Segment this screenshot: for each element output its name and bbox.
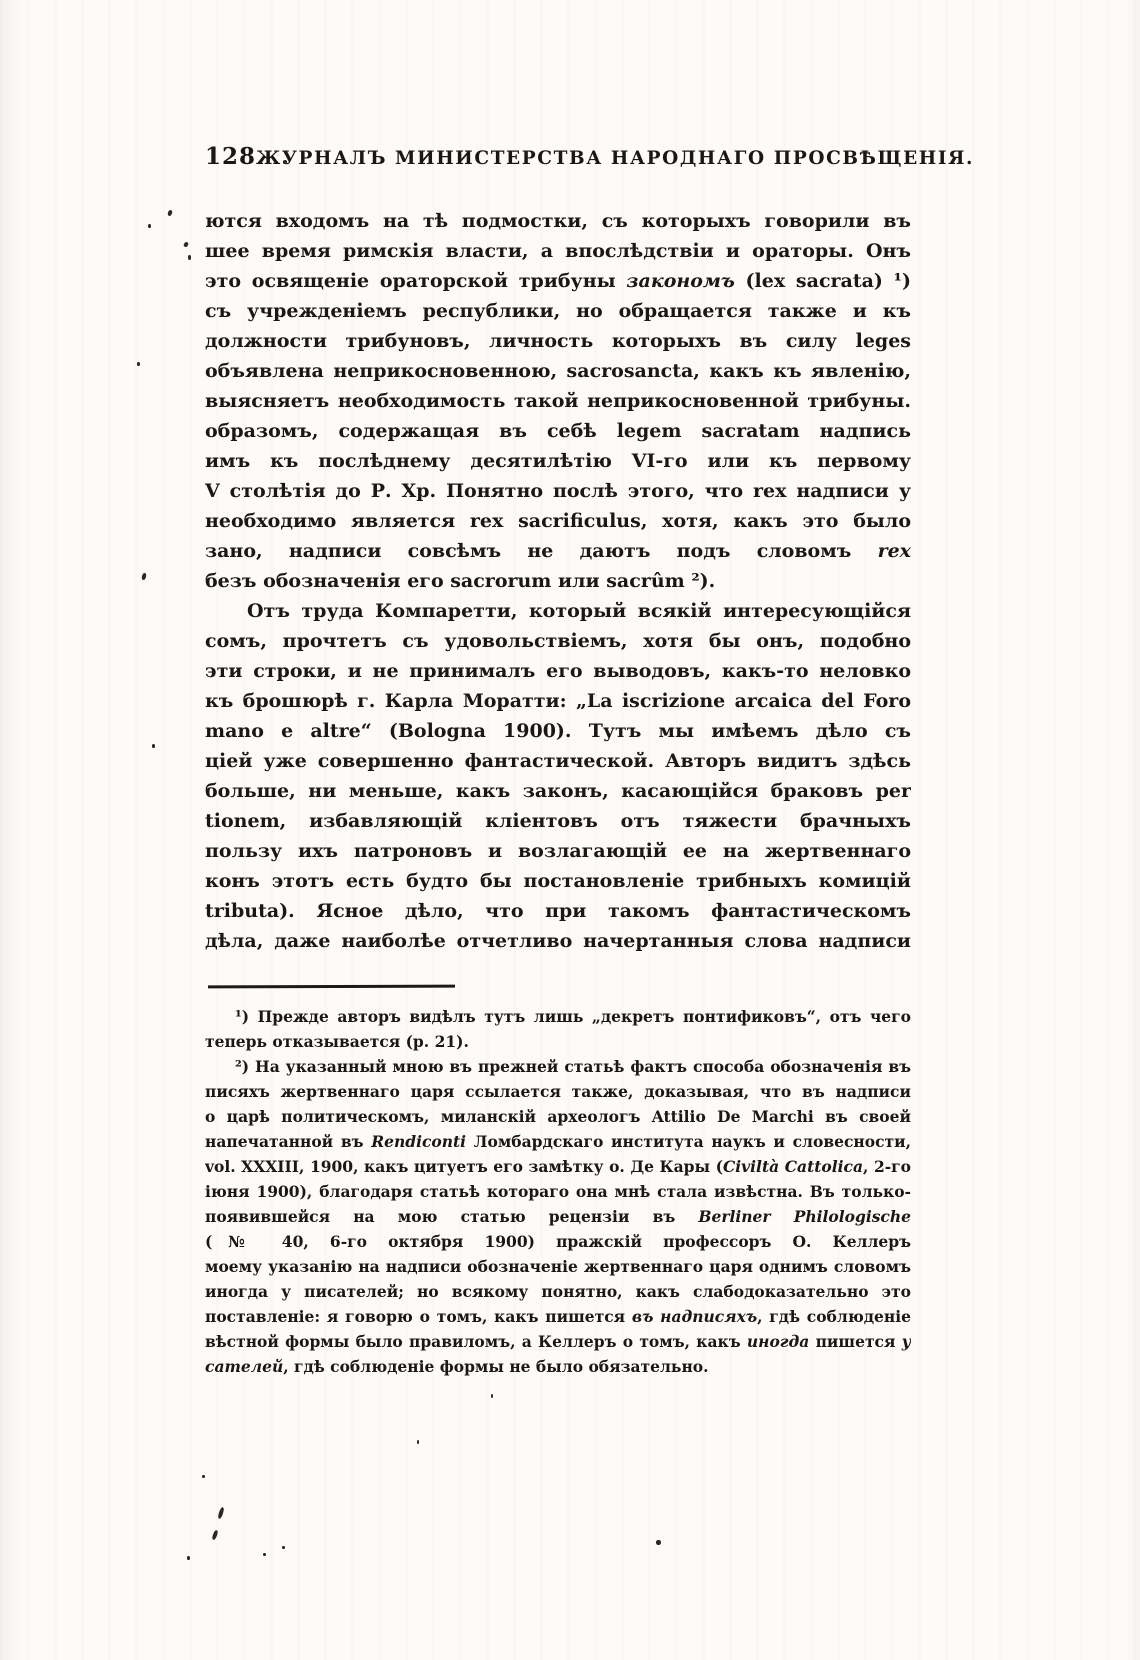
running-header: 128 ЖУРНАЛЪ МИНИСТЕРСТВА НАРОДНАГО ПРОСВ… (205, 143, 911, 170)
body-line: эти строки, и не принималъ его выводовъ,… (205, 656, 911, 686)
scanned-page: 128 ЖУРНАЛЪ МИНИСТЕРСТВА НАРОДНАГО ПРОСВ… (0, 0, 1140, 1660)
ink-speck (417, 1440, 419, 1444)
footnote-line: иногда у писателей; но всякому понятно, … (205, 1279, 911, 1304)
footnote-line: писяхъ жертвеннаго царя ссылается также,… (205, 1079, 911, 1104)
footnote-line: появившейся на мою статью рецензіи въ Be… (205, 1204, 911, 1229)
main-text: ются входомъ на тѣ подмостки, съ которых… (205, 206, 911, 956)
body-line: къ брошюрѣ г. Карла Моратти: „La iscrizi… (205, 686, 911, 716)
ink-speck (167, 209, 173, 216)
body-line: ются входомъ на тѣ подмостки, съ которых… (205, 206, 911, 236)
footnote-line: вѣстной формы было правиломъ, а Келлеръ … (205, 1329, 911, 1354)
paragraph-1: ются входомъ на тѣ подмостки, съ которых… (205, 206, 911, 596)
footnote-line: теперь отказывается (p. 21). (205, 1029, 911, 1054)
footnote-line: vol. XXXIII, 1900, какъ цитуетъ его замѣ… (205, 1154, 911, 1179)
ink-speck (148, 224, 151, 228)
body-line: ціей уже совершенно фантастической. Авто… (205, 746, 911, 776)
body-line: имъ къ послѣднему десятилѣтію VI-го или … (205, 446, 911, 476)
footnote-line: іюня 1900), благодаря статьѣ котораго он… (205, 1179, 911, 1204)
body-line: больше, ни меньше, какъ законъ, касающій… (205, 776, 911, 806)
footnote-line: ²) На указанный мною въ прежней статьѣ ф… (205, 1054, 911, 1079)
footnote-line: напечатанной въ Rendiconti Ломбардскаго … (205, 1129, 911, 1154)
ink-speck (137, 362, 140, 366)
ink-speck (183, 241, 189, 247)
body-line: необходимо является rex sacrificulus, хо… (205, 506, 911, 536)
body-line: съ учрежденіемъ республики, но обращаетс… (205, 296, 911, 326)
footnote-line: моему указанію на надписи обозначеніе же… (205, 1254, 911, 1279)
footnote-2: ²) На указанный мною въ прежней статьѣ ф… (205, 1054, 911, 1379)
footnote-line: сателей, гдѣ соблюденіе формы не было об… (205, 1354, 911, 1379)
ink-speck (211, 1530, 218, 1541)
body-line: сомъ, прочтетъ съ удовольствіемъ, хотя б… (205, 626, 911, 656)
body-line: это освященіе ораторской трибуны законом… (205, 266, 911, 296)
body-line: зано, надписи совсѣмъ не даютъ подъ слов… (205, 536, 911, 566)
body-line: V столѣтія до Р. Хр. Понятно послѣ этого… (205, 476, 911, 506)
footnote-line: поставленіе: я говорю о томъ, какъ пишет… (205, 1304, 911, 1329)
body-line: выясняетъ необходимость такой неприкосно… (205, 386, 911, 416)
footnote-line: о царѣ политическомъ, миланскій археолог… (205, 1104, 911, 1129)
ink-speck (188, 255, 191, 260)
ink-speck (141, 573, 147, 581)
body-line: должности трибуновъ, личность которыхъ в… (205, 326, 911, 356)
ink-speck (282, 1546, 285, 1549)
ink-speck (187, 1556, 190, 1560)
body-line: Отъ труда Компаретти, который всякій инт… (205, 596, 911, 626)
footnote-1: ¹) Прежде авторъ видѣлъ тутъ лишь „декре… (205, 1004, 911, 1054)
ink-speck (656, 1540, 661, 1545)
body-line: mano e altre“ (Bologna 1900). Тутъ мы им… (205, 716, 911, 746)
ink-speck (283, 160, 287, 164)
footnote-line: ¹) Прежде авторъ видѣлъ тутъ лишь „декре… (205, 1004, 911, 1029)
ink-speck (263, 1553, 266, 1556)
body-line: конъ этотъ есть будто бы постановленіе т… (205, 866, 911, 896)
body-line: дѣла, даже наиболѣе отчетливо начертанны… (205, 926, 911, 956)
footnote-separator (208, 985, 455, 989)
body-line: безъ обозначенія его sacrorum или sacrûm… (205, 566, 911, 596)
journal-title: ЖУРНАЛЪ МИНИСТЕРСТВА НАРОДНАГО ПРОСВѢЩЕН… (256, 148, 974, 169)
footnote-line: (№ 40, 6-го октября 1900) пражскій профе… (205, 1229, 911, 1254)
ink-speck (202, 1475, 205, 1478)
ink-speck (217, 1507, 225, 1520)
footnotes: ¹) Прежде авторъ видѣлъ тутъ лишь „декре… (205, 1004, 911, 1379)
body-line: пользу ихъ патроновъ и возлагающій ее на… (205, 836, 911, 866)
body-line: tributa). Ясное дѣло, что при такомъ фан… (205, 896, 911, 926)
ink-speck (491, 1394, 493, 1398)
ink-speck (152, 744, 155, 748)
body-line: объявлена неприкосновенною, sacrosancta,… (205, 356, 911, 386)
paragraph-2: Отъ труда Компаретти, который всякій инт… (205, 596, 911, 956)
body-line: образомъ, содержащая въ себѣ legem sacra… (205, 416, 911, 446)
body-line: tionem, избавляющій кліентовъ отъ тяжест… (205, 806, 911, 836)
body-line: шее время римскія власти, а впослѣдствіи… (205, 236, 911, 266)
page-number: 128 (205, 143, 256, 170)
